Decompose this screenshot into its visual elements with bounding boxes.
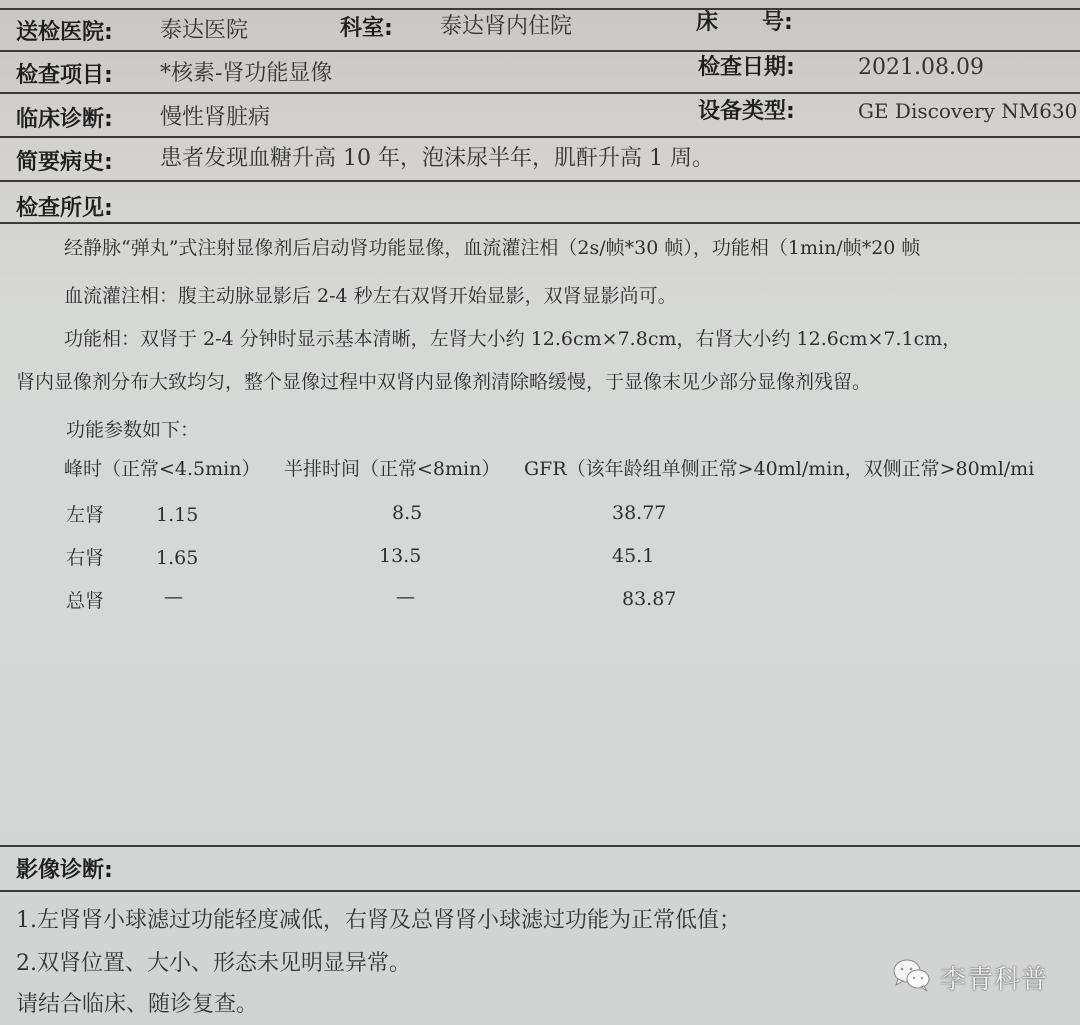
rule-1 [0, 50, 1080, 52]
table-row-label: 左肾 [66, 502, 104, 528]
table-row-label: 右肾 [66, 545, 104, 571]
table-cell-gfr: 45.1 [612, 543, 654, 569]
hospital-value: 泰达医院 [160, 18, 248, 44]
diagnosis-line: 1.左肾肾小球滤过功能轻度减低，右肾及总肾肾小球滤过功能为正常低值； [16, 908, 741, 934]
table-cell-half: 8.5 [392, 500, 422, 526]
watermark-text: 李青科普 [940, 959, 1048, 996]
wechat-icon [892, 958, 932, 996]
table-cell-half: — [396, 584, 415, 610]
device-value: GE Discovery NM630 [858, 98, 1077, 124]
rule-7 [0, 890, 1080, 892]
findings-paragraph: 血流灌注相：腹主动脉显影后 2-4 秒左右双肾开始显影，双肾显影尚可。 [64, 283, 677, 309]
watermark: 李青科普 [892, 958, 1048, 996]
table-header-peak: 峰时（正常<4.5min） [64, 456, 260, 482]
dept-label: 科室: [340, 16, 393, 42]
rule-6 [0, 845, 1080, 847]
rule-4 [0, 180, 1080, 182]
rule-2 [0, 92, 1080, 94]
table-cell-peak: — [164, 584, 183, 610]
rule-top [0, 8, 1080, 10]
exam-date-label: 检查日期: [698, 55, 795, 81]
rule-5 [0, 222, 1080, 224]
table-cell-gfr: 38.77 [612, 500, 666, 526]
exam-item-label: 检查项目: [16, 63, 113, 89]
table-cell-gfr: 83.87 [622, 586, 676, 612]
findings-paragraph: 功能相：双肾于 2-4 分钟时显示基本清晰，左肾大小约 12.6cm×7.8cm… [64, 326, 961, 352]
table-cell-peak: 1.15 [156, 502, 198, 528]
diagnosis-line: 请结合临床、随诊复查。 [16, 992, 258, 1018]
table-header-half: 半排时间（正常<8min） [284, 456, 500, 482]
bed-label: 床 号: [696, 10, 793, 36]
table-cell-half: 13.5 [379, 543, 421, 569]
diagnosis-line: 2.双肾位置、大小、形态未见明显异常。 [16, 951, 411, 977]
exam-date-value: 2021.08.09 [858, 55, 984, 81]
dept-value: 泰达肾内住院 [440, 14, 572, 40]
table-cell-peak: 1.65 [156, 545, 198, 571]
diagnosis-title: 影像诊断: [16, 858, 113, 884]
clinical-dx-label: 临床诊断: [16, 107, 113, 133]
history-value: 患者发现血糖升高 10 年，泡沫尿半年，肌酐升高 1 周。 [160, 146, 714, 172]
params-heading: 功能参数如下： [66, 417, 199, 443]
hospital-label: 送检医院: [16, 20, 113, 46]
findings-paragraph: 经静脉“弹丸”式注射显像剂后启动肾功能显像，血流灌注相（2s/帧*30 帧），功… [64, 235, 920, 261]
exam-item-value: *核素-肾功能显像 [160, 61, 332, 87]
device-label: 设备类型: [698, 99, 795, 125]
table-header-gfr: GFR（该年龄组单侧正常>40ml/min，双侧正常>80ml/mi [524, 456, 1034, 482]
clinical-dx-value: 慢性肾脏病 [160, 105, 270, 131]
findings-title: 检查所见: [16, 196, 113, 222]
findings-paragraph: 肾内显像剂分布大致均匀，整个显像过程中双肾内显像剂清除略缓慢，于显像末见少部分显… [16, 369, 871, 395]
history-label: 简要病史: [16, 150, 113, 176]
rule-3 [0, 136, 1080, 138]
table-row-label: 总肾 [66, 588, 104, 614]
